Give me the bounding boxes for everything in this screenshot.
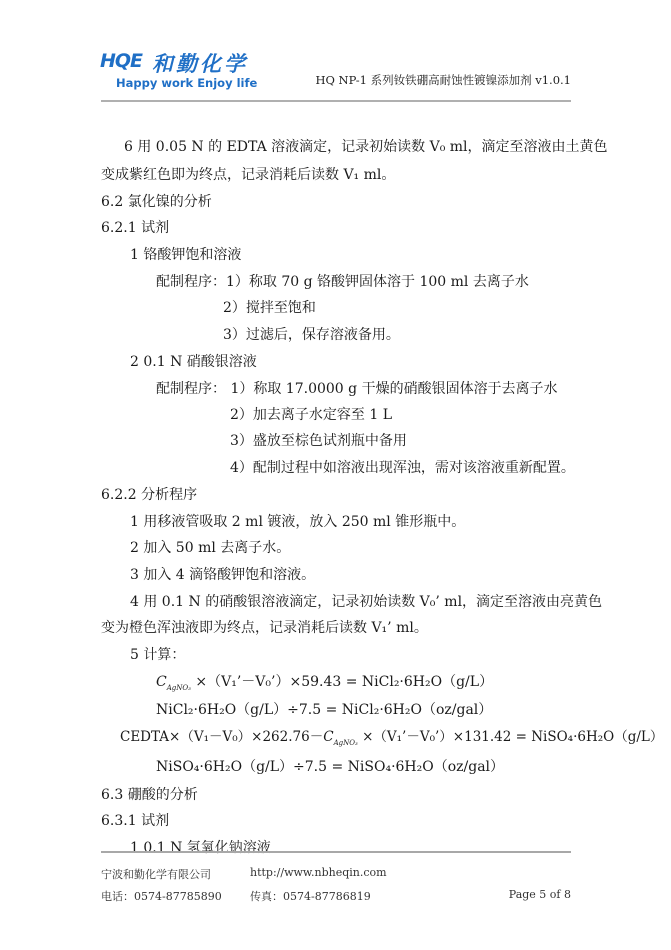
footer-divider <box>101 851 571 853</box>
document-title: HQ NP-1 系列钕铁硼高耐蚀性镀镍添加剂 v1.0.1 <box>315 72 571 88</box>
reagent-1-step-2: 2）搅拌至饱和 <box>223 299 316 317</box>
footer-website-link[interactable]: http://www.nbheqin.com <box>250 866 387 879</box>
procedure-step-4-line1: 4 用 0.1 N 的硝酸银溶液滴定，记录初始读数 V₀’ ml，滴定至溶液由亮… <box>130 593 602 611</box>
footer-phone: 电话：0574-87785890 <box>101 888 222 904</box>
procedure-step-4-line2: 变为橙色浑浊液即为终点，记录消耗后读数 V₁’ ml。 <box>101 619 428 637</box>
formula-edta-part: CEDTA×（V₁－V₀）×262.76－ <box>120 729 323 745</box>
formula-c-subscript: AgNO₃ <box>334 739 358 747</box>
formula-nicl2-rest: ×（V₁’－V₀’）×59.43 = NiCl₂·6H₂O（g/L） <box>195 674 493 690</box>
logo-chinese-name: 和勤化学 <box>152 48 248 78</box>
formula-nicl2-gl: CAgNO₃ ×（V₁’－V₀’）×59.43 = NiCl₂·6H₂O（g/L… <box>156 673 493 697</box>
section-heading-6-3: 6.3 硼酸的分析 <box>101 786 198 804</box>
footer-fax: 传真：0574-87786819 <box>250 888 371 904</box>
formula-c-symbol: C <box>323 729 333 745</box>
document-page: HQE 和勤化学 Happy work Enjoy life HQ NP-1 系… <box>0 0 671 950</box>
reagent-2-title: 2 0.1 N 硝酸银溶液 <box>130 353 257 371</box>
formula-niso4-ozgal: NiSO₄·6H₂O（g/L）÷7.5 = NiSO₄·6H₂O（oz/gal） <box>156 758 504 776</box>
reagent-2-step-1: 配制程序： 1）称取 17.0000 g 干燥的硝酸银固体溶于去离子水 <box>156 380 558 398</box>
formula-c-subscript: AgNO₃ <box>167 684 191 692</box>
formula-niso4-rest: ×（V₁’－V₀’）×131.42 = NiSO₄·6H₂O（g/L） <box>362 729 663 745</box>
step6-line2: 变成紫红色即为终点，记录消耗后读数 V₁ ml。 <box>101 166 395 184</box>
header-divider <box>101 100 571 102</box>
section-heading-6-2-1: 6.2.1 试剂 <box>101 219 169 237</box>
reagent-2-step-2: 2）加去离子水定容至 1 L <box>230 406 392 424</box>
procedure-step-1: 1 用移液管吸取 2 ml 镀液，放入 250 ml 锥形瓶中。 <box>130 513 465 531</box>
reagent-2-step-4: 4）配制过程中如溶液出现浑浊，需对该溶液重新配置。 <box>230 459 575 477</box>
section-heading-6-2: 6.2 氯化镍的分析 <box>101 193 212 211</box>
logo-mark-icon: HQE <box>100 50 142 72</box>
formula-c-symbol: C <box>156 674 167 690</box>
procedure-step-2: 2 加入 50 ml 去离子水。 <box>130 539 290 557</box>
step6-line1: 6 用 0.05 N 的 EDTA 溶液滴定，记录初始读数 V₀ ml，滴定至溶… <box>124 138 608 156</box>
reagent-6-3-1-item-1: 1 0.1 N 氢氧化钠溶液 <box>130 839 271 857</box>
reagent-1-title: 1 铬酸钾饱和溶液 <box>130 246 241 264</box>
procedure-step-3: 3 加入 4 滴铬酸钾饱和溶液。 <box>130 566 315 584</box>
logo-slogan: Happy work Enjoy life <box>116 76 257 90</box>
formula-niso4-gl: CEDTA×（V₁－V₀）×262.76－CAgNO₃ ×（V₁’－V₀’）×1… <box>120 728 663 752</box>
section-heading-6-3-1: 6.3.1 试剂 <box>101 812 169 830</box>
procedure-step-5: 5 计算： <box>130 646 185 664</box>
footer-page-number: Page 5 of 8 <box>509 888 571 901</box>
reagent-1-step-1: 配制程序：1）称取 70 g 铬酸钾固体溶于 100 ml 去离子水 <box>156 273 529 291</box>
reagent-2-step-3: 3）盛放至棕色试剂瓶中备用 <box>230 432 407 450</box>
section-heading-6-2-2: 6.2.2 分析程序 <box>101 486 197 504</box>
formula-nicl2-ozgal: NiCl₂·6H₂O（g/L）÷7.5 = NiCl₂·6H₂O（oz/gal） <box>156 701 492 719</box>
reagent-1-step-3: 3）过滤后，保存溶液备用。 <box>223 326 400 344</box>
footer-company: 宁波和勤化学有限公司 <box>101 866 211 882</box>
